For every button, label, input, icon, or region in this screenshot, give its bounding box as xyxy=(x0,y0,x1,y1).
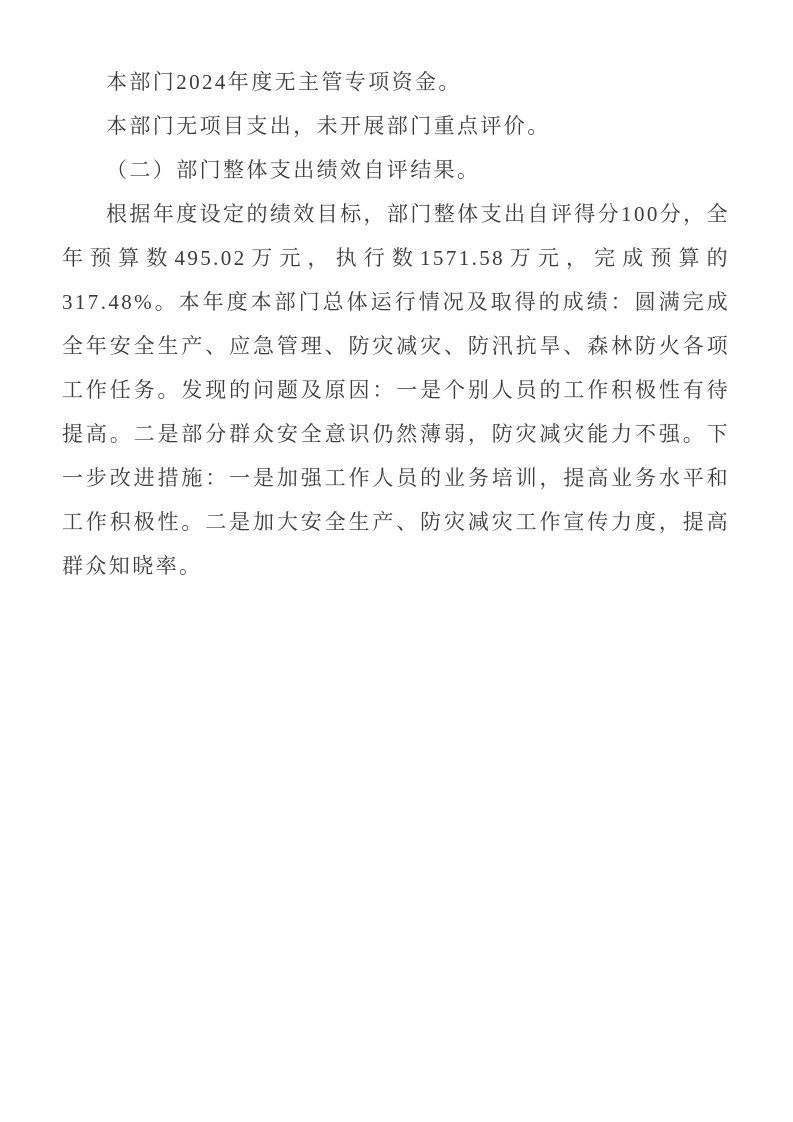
document-body: 本部门2024年度无主管专项资金。 本部门无项目支出，未开展部门重点评价。 （二… xyxy=(62,60,730,588)
paragraph-no-project-expenditure: 本部门无项目支出，未开展部门重点评价。 xyxy=(62,104,730,148)
section-heading-overall-self-evaluation-result: （二）部门整体支出绩效自评结果。 xyxy=(62,148,730,192)
paragraph-no-special-fund: 本部门2024年度无主管专项资金。 xyxy=(62,60,730,104)
document-page: 本部门2024年度无主管专项资金。 本部门无项目支出，未开展部门重点评价。 （二… xyxy=(0,0,793,1122)
paragraph-self-evaluation-details: 根据年度设定的绩效目标，部门整体支出自评得分100分，全年预算数495.02万元… xyxy=(62,192,730,588)
